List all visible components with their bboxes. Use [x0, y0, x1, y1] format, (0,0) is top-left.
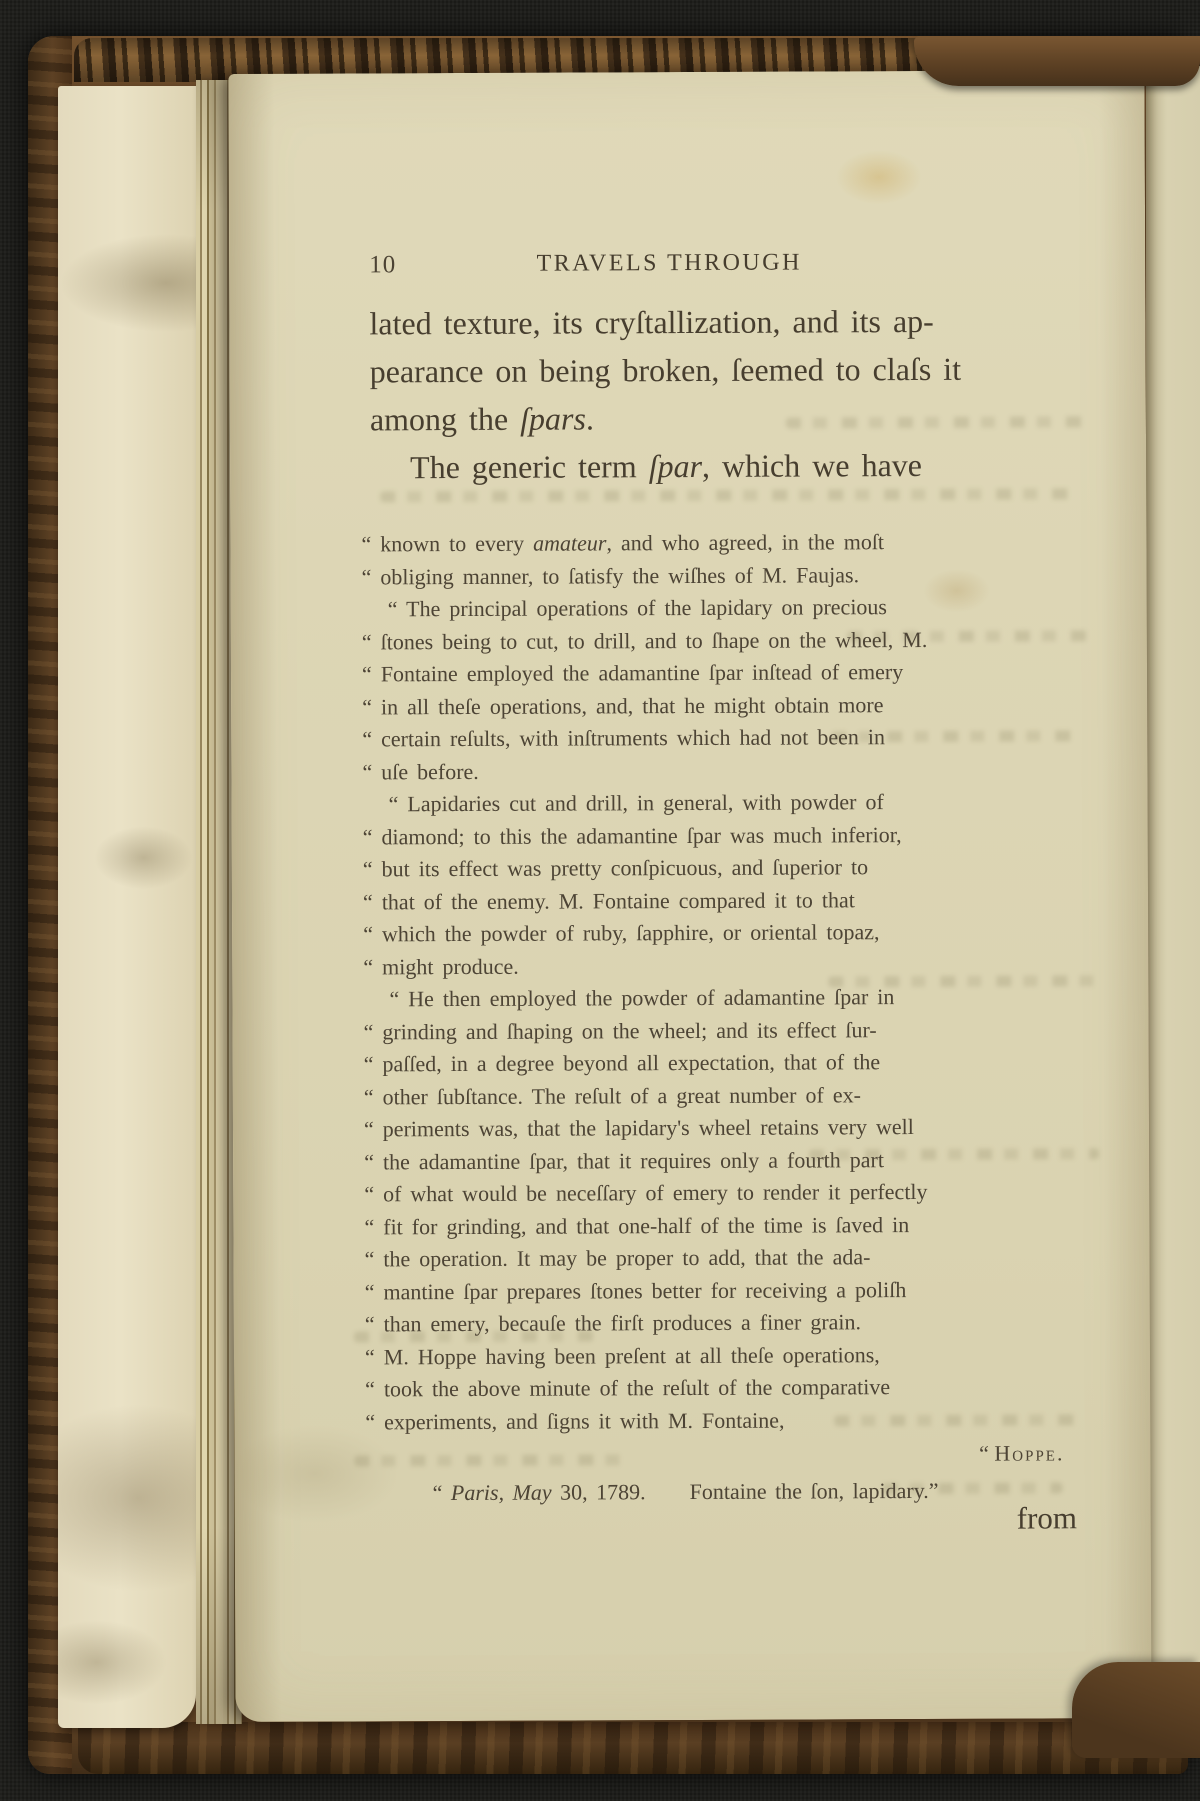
- running-title: TRAVELS THROUGH: [529, 249, 809, 277]
- text-line: “ uſe before.: [362, 753, 1132, 789]
- text-segment: amateur: [533, 530, 606, 555]
- underlying-page-edge: [1146, 66, 1200, 1716]
- text-segment: “ the adamantine ſpar, that it requires …: [364, 1147, 884, 1174]
- text-segment: Hoppe.: [994, 1440, 1064, 1465]
- text-line: “ other ſubſtance. The reſult of a great…: [364, 1078, 1134, 1114]
- text-segment: Paris, May: [451, 1480, 552, 1505]
- text-segment: “ which the powder of ruby, ſapphire, or…: [363, 919, 879, 946]
- text-segment: , which we have: [702, 447, 922, 484]
- book-page: 10 TRAVELS THROUGH lated texture, its cr…: [228, 70, 1151, 1722]
- text-line: “ that of the enemy. M. Fontaine compare…: [363, 883, 1133, 919]
- text-segment: The generic term: [410, 448, 649, 485]
- text-line: “ mantine ſpar prepares ſtones better fo…: [365, 1273, 1135, 1309]
- text-line: “ Fontaine employed the adamantine ſpar …: [362, 655, 1132, 691]
- text-segment: ſpars: [520, 400, 586, 436]
- flyleaf-page: [58, 86, 196, 1728]
- text-line: “ than emery, becauſe the firſt produces…: [365, 1305, 1135, 1341]
- text-segment: “ but its effect was pretty conſpicuous,…: [363, 854, 868, 881]
- text-segment: “ periments was, that the lapidary's whe…: [364, 1114, 914, 1141]
- text-segment: “ obliging manner, to ſatisfy the wiſhes…: [362, 562, 860, 589]
- body-paragraphs: lated texture, its cryſtallization, and …: [369, 296, 1130, 491]
- text-line: “ which the powder of ruby, ſapphire, or…: [363, 915, 1133, 951]
- text-segment: lated texture, its cryſtallization, and …: [369, 303, 933, 341]
- body-paragraph-1: lated texture, its cryſtallization, and …: [369, 296, 1130, 443]
- text-segment: “ fit for grinding, and that one-half of…: [364, 1212, 909, 1239]
- text-segment: “ M. Hoppe having been preſent at all th…: [365, 1342, 880, 1369]
- text-line: “ ſtones being to cut, to drill, and to …: [362, 623, 1132, 659]
- text-segment: “ Lapidaries cut and drill, in general, …: [389, 789, 884, 816]
- text-line: “ the adamantine ſpar, that it requires …: [364, 1143, 1134, 1179]
- dateline: “ Paris, May 30, 1789. Fontaine the ſon,…: [433, 1478, 939, 1506]
- text-line: “ certain reſults, with inſtruments whic…: [362, 720, 1132, 756]
- text-line: lated texture, its cryſtallization, and …: [369, 296, 1129, 347]
- text-line: The generic term ſpar, which we have: [370, 440, 1130, 491]
- text-line: “ periments was, that the lapidary's whe…: [364, 1110, 1134, 1146]
- text-segment: “ grinding and ſhaping on the wheel; and…: [364, 1017, 877, 1044]
- cover-bottom-right-corner: [1072, 1662, 1200, 1758]
- catchword: from: [1017, 1500, 1077, 1536]
- text-segment: “ ſtones being to cut, to drill, and to …: [362, 626, 928, 653]
- text-line: “ diamond; to this the adamantine ſpar w…: [363, 818, 1133, 854]
- text-line: “ paſſed, in a degree beyond all expecta…: [364, 1045, 1134, 1081]
- text-line: “ might produce.: [363, 948, 1133, 984]
- show-through-text: [354, 1454, 624, 1466]
- text-segment: “ in all theſe operations, and, that he …: [362, 692, 883, 719]
- text-segment: “ The principal operations of the lapida…: [388, 594, 887, 621]
- text-segment: “ mantine ſpar prepares ſtones better fo…: [365, 1277, 907, 1304]
- text-segment: “ of what would be neceſſary of emery to…: [364, 1179, 927, 1206]
- text-segment: “ Fontaine employed the adamantine ſpar …: [362, 659, 903, 686]
- text-line: “ of what would be neceſſary of emery to…: [364, 1175, 1134, 1211]
- text-line: “ obliging manner, to ſatisfy the wiſhes…: [362, 558, 1132, 594]
- text-segment: “ took the above minute of the reſult of…: [365, 1374, 890, 1401]
- text-segment: “ diamond; to this the adamantine ſpar w…: [363, 822, 902, 849]
- text-segment: “ He then employed the powder of adamant…: [389, 984, 894, 1011]
- text-line: “ Lapidaries cut and drill, in general, …: [363, 785, 1133, 821]
- text-line: “ fit for grinding, and that one-half of…: [364, 1208, 1134, 1244]
- text-line: “ He then employed the powder of adamant…: [363, 980, 1133, 1016]
- text-segment: 30, 1789.: [552, 1479, 646, 1504]
- text-line: “ the operation. It may be proper to add…: [365, 1240, 1135, 1276]
- text-segment: Fontaine the ſon, lapidary.”: [690, 1478, 939, 1504]
- text-segment: “ other ſubſtance. The reſult of a great…: [364, 1082, 861, 1109]
- cover-bottom-edge: [78, 1722, 1188, 1774]
- text-line: “ grinding and ſhaping on the wheel; and…: [364, 1013, 1134, 1049]
- book-scan-photo: 10 TRAVELS THROUGH lated texture, its cr…: [0, 0, 1200, 1801]
- text-segment: “ that of the enemy. M. Fontaine compare…: [363, 887, 855, 914]
- text-segment: “ certain reſults, with inſtruments whic…: [362, 724, 885, 751]
- text-segment: pearance on being broken, ſeemed to claſ…: [370, 351, 961, 390]
- text-line: “ M. Hoppe having been preſent at all th…: [365, 1338, 1135, 1374]
- text-line: “ known to every amateur, and who agreed…: [361, 525, 1131, 561]
- text-segment: among the: [370, 401, 520, 438]
- text-line: “ in all theſe operations, and, that he …: [362, 688, 1132, 724]
- text-segment: “ known to every: [361, 531, 533, 557]
- text-line: “ took the above minute of the reſult of…: [365, 1370, 1135, 1406]
- text-line: “ but its effect was pretty conſpicuous,…: [363, 850, 1133, 886]
- text-segment: , and who agreed, in the moſt: [606, 529, 884, 555]
- body-paragraph-2: The generic term ſpar, which we have: [370, 440, 1130, 491]
- text-segment: “ might produce.: [363, 953, 519, 979]
- text-segment: “ the operation. It may be proper to add…: [365, 1244, 871, 1271]
- text-segment: “: [979, 1441, 994, 1466]
- text-line: among the ſpars.: [370, 392, 1130, 443]
- text-segment: ſpar: [649, 448, 703, 484]
- quoted-letter-block: “ known to every amateur, and who agreed…: [361, 525, 1135, 1438]
- text-line: “ experiments, and ſigns it with M. Font…: [365, 1403, 1135, 1439]
- page-header: 10 TRAVELS THROUGH: [229, 248, 1145, 252]
- cover-top-right-corner: [914, 36, 1200, 86]
- page-number: 10: [369, 251, 396, 279]
- text-segment: “: [433, 1480, 451, 1505]
- text-segment: “ uſe before.: [362, 758, 478, 784]
- text-segment: “ experiments, and ſigns it with M. Font…: [365, 1407, 784, 1434]
- text-segment: “ than emery, becauſe the firſt produces…: [365, 1309, 861, 1336]
- signature-line: “ Hoppe.: [774, 1440, 1064, 1467]
- text-segment: “ paſſed, in a degree beyond all expecta…: [364, 1049, 880, 1076]
- text-segment: .: [586, 400, 594, 436]
- text-line: “ The principal operations of the lapida…: [362, 590, 1132, 626]
- text-line: pearance on being broken, ſeemed to claſ…: [370, 344, 1130, 395]
